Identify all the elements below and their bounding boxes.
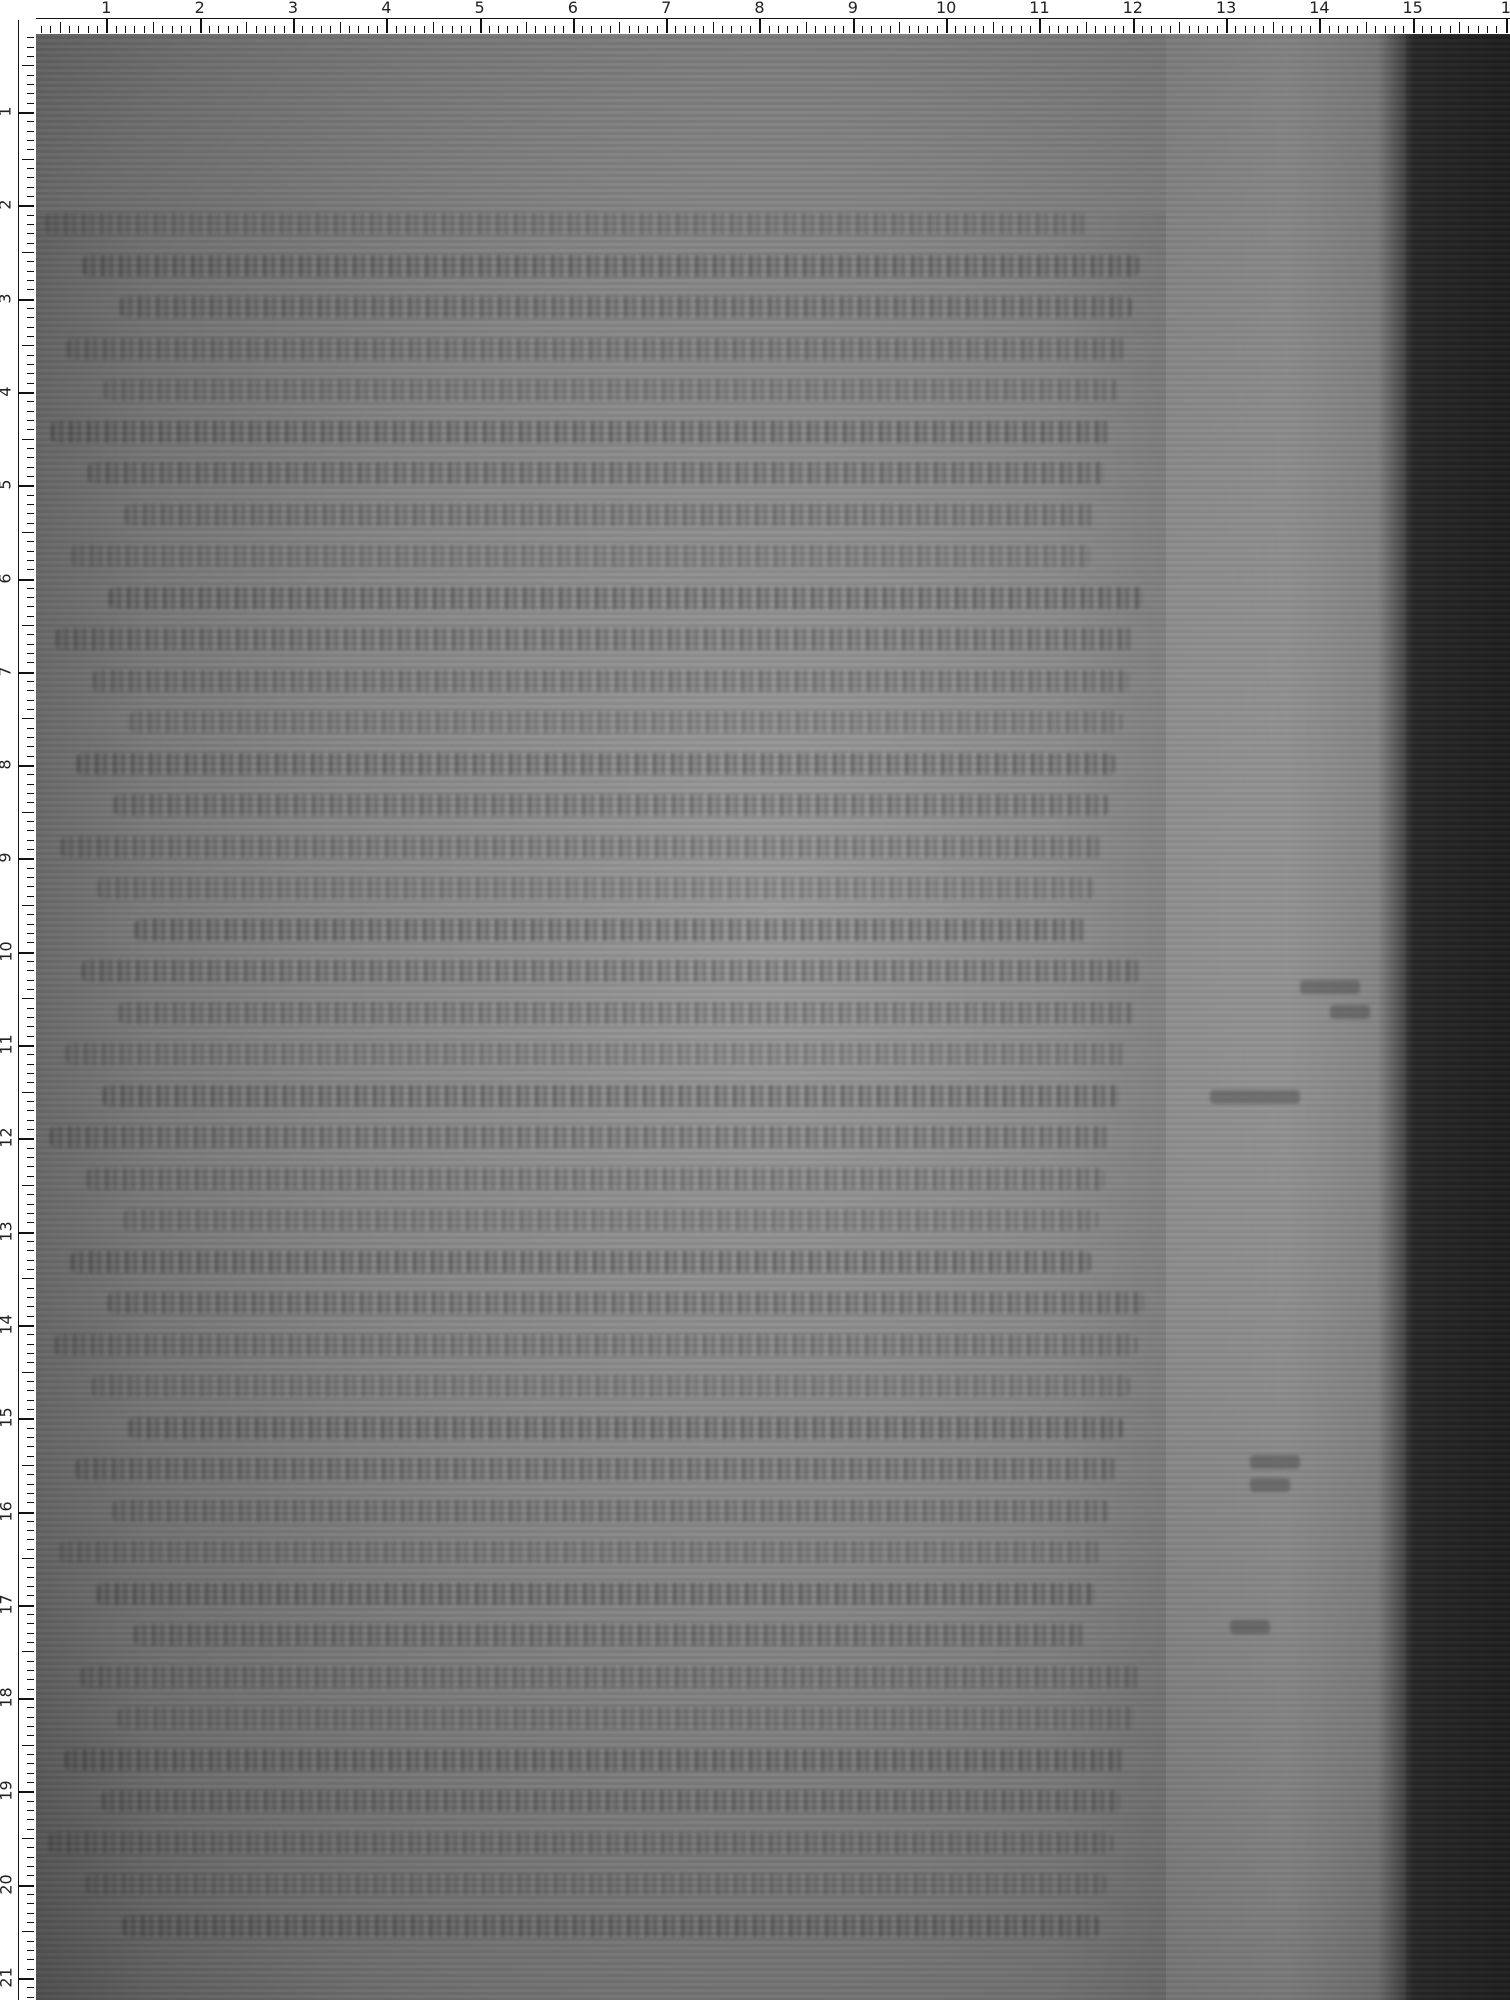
ruler-tick bbox=[18, 1978, 34, 1980]
ruler-tick bbox=[27, 830, 34, 831]
ruler-tick bbox=[22, 625, 34, 626]
ruler-tick bbox=[22, 905, 34, 906]
ruler-tick bbox=[27, 1456, 34, 1457]
manuscript-line bbox=[108, 1292, 1144, 1314]
ruler-tick bbox=[666, 19, 668, 33]
ruler-tick bbox=[27, 1353, 34, 1354]
manuscript-line bbox=[46, 213, 1086, 235]
manuscript-line bbox=[71, 1251, 1091, 1273]
ruler-tick bbox=[27, 1801, 34, 1802]
marginal-note bbox=[1300, 980, 1360, 994]
manuscript-line bbox=[113, 1500, 1109, 1522]
ruler-tick bbox=[1440, 26, 1441, 33]
ruler-tick bbox=[27, 840, 34, 841]
ruler-tick bbox=[452, 26, 453, 33]
ruler-tick bbox=[27, 457, 34, 458]
ruler-tick bbox=[18, 205, 34, 207]
ruler-tick bbox=[27, 168, 34, 169]
ruler-tick bbox=[1431, 26, 1432, 33]
ruler-tick bbox=[1478, 26, 1479, 33]
ruler-tick bbox=[461, 26, 462, 33]
ruler-label: 1 bbox=[0, 106, 15, 116]
manuscript-image bbox=[36, 33, 1510, 2000]
ruler-tick bbox=[27, 1913, 34, 1914]
ruler-tick bbox=[27, 1157, 34, 1158]
ruler-tick bbox=[27, 1064, 34, 1065]
marginal-note bbox=[1250, 1478, 1290, 1492]
ruler-tick bbox=[1245, 26, 1246, 33]
ruler-tick bbox=[703, 26, 704, 33]
ruler-tick bbox=[815, 26, 816, 33]
manuscript-line bbox=[104, 379, 1118, 401]
ruler-tick bbox=[27, 1670, 34, 1671]
ruler-tick bbox=[27, 849, 34, 850]
ruler-label: 2 bbox=[195, 0, 205, 17]
ruler-tick bbox=[18, 1885, 34, 1887]
ruler-tick bbox=[890, 26, 891, 33]
ruler-tick bbox=[27, 1194, 34, 1195]
ruler-tick bbox=[27, 597, 34, 598]
ruler-tick bbox=[582, 26, 583, 33]
manuscript-line bbox=[129, 1417, 1123, 1439]
manuscript-line bbox=[125, 504, 1097, 526]
ruler-tick bbox=[27, 662, 34, 663]
manuscript-line bbox=[65, 1749, 1127, 1771]
ruler-tick bbox=[974, 26, 975, 33]
ruler-tick bbox=[27, 401, 34, 402]
ruler-tick bbox=[1189, 26, 1190, 33]
ruler-tick bbox=[1496, 26, 1497, 33]
ruler-tick bbox=[27, 1810, 34, 1811]
ruler-tick bbox=[284, 26, 285, 33]
ruler-tick bbox=[27, 1763, 34, 1764]
ruler-tick bbox=[27, 560, 34, 561]
ruler-tick bbox=[843, 26, 844, 33]
manuscript-line bbox=[60, 1541, 1102, 1563]
manuscript-line bbox=[103, 1085, 1119, 1107]
ruler-tick bbox=[1301, 26, 1302, 33]
ruler-tick bbox=[302, 26, 303, 33]
ruler-tick bbox=[1077, 26, 1078, 33]
ruler-tick bbox=[1385, 26, 1386, 33]
ruler-tick bbox=[18, 1791, 34, 1793]
ruler-tick bbox=[22, 1185, 34, 1186]
ruler-tick bbox=[27, 1148, 34, 1149]
horizontal-ruler: 01234567891011121314151 bbox=[0, 0, 1510, 34]
ruler-tick bbox=[27, 131, 34, 132]
ruler-tick bbox=[918, 26, 919, 33]
ruler-tick bbox=[1459, 22, 1460, 33]
ruler-tick bbox=[27, 1101, 34, 1102]
ruler-tick bbox=[1179, 22, 1180, 33]
ruler-tick bbox=[1347, 26, 1348, 33]
ruler-tick bbox=[321, 26, 322, 33]
ruler-tick bbox=[563, 26, 564, 33]
ruler-tick bbox=[1506, 19, 1508, 33]
ruler-tick bbox=[433, 22, 434, 33]
ruler-tick bbox=[22, 718, 34, 719]
ruler-label: 13 bbox=[0, 1221, 16, 1241]
ruler-tick bbox=[27, 1502, 34, 1503]
ruler-tick bbox=[190, 26, 191, 33]
ruler-tick bbox=[209, 26, 210, 33]
ruler-tick bbox=[1273, 22, 1274, 33]
ruler-tick bbox=[27, 177, 34, 178]
manuscript-line bbox=[119, 1002, 1133, 1024]
manuscript-line bbox=[55, 1334, 1137, 1356]
ruler-tick bbox=[927, 26, 928, 33]
ruler-tick bbox=[27, 37, 34, 38]
ruler-tick bbox=[1039, 19, 1041, 33]
ruler-tick bbox=[125, 26, 126, 33]
ruler-tick bbox=[116, 26, 117, 33]
ruler-tick bbox=[1198, 26, 1199, 33]
ruler-tick bbox=[27, 513, 34, 514]
ruler-tick bbox=[27, 233, 34, 234]
ruler-tick bbox=[27, 1726, 34, 1727]
ruler-tick bbox=[368, 26, 369, 33]
ruler-tick bbox=[27, 56, 34, 57]
ruler-tick bbox=[18, 672, 34, 674]
ruler-tick bbox=[1468, 26, 1469, 33]
ruler-tick bbox=[18, 112, 34, 114]
ruler-tick bbox=[750, 26, 751, 33]
ruler-tick bbox=[18, 1698, 34, 1700]
ruler-tick bbox=[27, 1866, 34, 1867]
manuscript-line bbox=[93, 670, 1129, 692]
ruler-tick bbox=[1151, 26, 1152, 33]
manuscript-line bbox=[61, 836, 1101, 858]
ruler-tick bbox=[18, 1325, 34, 1327]
manuscript-line bbox=[77, 753, 1115, 775]
ruler-tick bbox=[27, 1176, 34, 1177]
manuscript-line bbox=[114, 794, 1108, 816]
ruler-tick bbox=[27, 942, 34, 943]
ruler-tick bbox=[787, 26, 788, 33]
ruler-tick bbox=[340, 22, 341, 33]
ruler-tick bbox=[27, 383, 34, 384]
ruler-tick bbox=[27, 429, 34, 430]
ruler-tick bbox=[1338, 26, 1339, 33]
ruler-label: 9 bbox=[0, 853, 15, 863]
manuscript-line bbox=[66, 1043, 1126, 1065]
ruler-tick bbox=[27, 1623, 34, 1624]
ruler-tick bbox=[27, 1288, 34, 1289]
ruler-tick bbox=[27, 1847, 34, 1848]
ruler-tick bbox=[349, 26, 350, 33]
ruler-tick bbox=[18, 1045, 34, 1047]
ruler-label: 3 bbox=[0, 293, 15, 303]
ruler-label: 4 bbox=[0, 386, 15, 396]
ruler-tick bbox=[27, 1484, 34, 1485]
ruler-label: 10 bbox=[936, 0, 956, 17]
ruler-tick bbox=[414, 26, 415, 33]
ruler-tick bbox=[526, 22, 527, 33]
ruler-tick bbox=[27, 1539, 34, 1540]
ruler-tick bbox=[377, 26, 378, 33]
ruler-tick bbox=[27, 1036, 34, 1037]
ruler-tick bbox=[27, 1082, 34, 1083]
ruler-tick bbox=[1375, 26, 1376, 33]
ruler-tick bbox=[993, 22, 994, 33]
ruler-tick bbox=[144, 26, 145, 33]
ruler-tick bbox=[27, 187, 34, 188]
ruler-tick bbox=[909, 26, 910, 33]
ruler-tick bbox=[274, 26, 275, 33]
ruler-tick bbox=[27, 1614, 34, 1615]
manuscript-line bbox=[67, 338, 1125, 360]
ruler-tick bbox=[27, 1707, 34, 1708]
ruler-tick bbox=[722, 26, 723, 33]
ruler-tick bbox=[27, 737, 34, 738]
ruler-tick bbox=[27, 588, 34, 589]
ruler-tick bbox=[27, 355, 34, 356]
ruler-tick bbox=[27, 1362, 34, 1363]
ruler-tick bbox=[1394, 26, 1395, 33]
ruler-tick bbox=[27, 1717, 34, 1718]
ruler-tick bbox=[27, 868, 34, 869]
ruler-tick bbox=[27, 1017, 34, 1018]
manuscript-line bbox=[123, 1915, 1099, 1937]
ruler-tick bbox=[1058, 26, 1059, 33]
ruler-tick bbox=[405, 26, 406, 33]
ruler-tick bbox=[358, 26, 359, 33]
ruler-tick bbox=[27, 411, 34, 412]
ruler-tick bbox=[27, 1213, 34, 1214]
ruler-tick bbox=[619, 22, 620, 33]
ruler-tick bbox=[27, 877, 34, 878]
ruler-tick bbox=[27, 364, 34, 365]
ruler-tick bbox=[256, 26, 257, 33]
ruler-label: 8 bbox=[0, 760, 15, 770]
ruler-tick bbox=[610, 26, 611, 33]
ruler-tick bbox=[778, 26, 779, 33]
ruler-tick bbox=[27, 1857, 34, 1858]
ruler-tick bbox=[27, 495, 34, 496]
ruler-tick bbox=[18, 1605, 34, 1607]
ruler-tick bbox=[22, 252, 34, 253]
ruler-tick bbox=[27, 373, 34, 374]
ruler-tick bbox=[27, 1400, 34, 1401]
ruler-tick bbox=[601, 26, 602, 33]
ruler-tick bbox=[741, 26, 742, 33]
ruler-tick bbox=[18, 858, 34, 860]
ruler-tick bbox=[1487, 26, 1488, 33]
ruler-label: 20 bbox=[0, 1874, 16, 1894]
ruler-tick bbox=[27, 261, 34, 262]
ruler-tick bbox=[694, 26, 695, 33]
ruler-tick bbox=[27, 1129, 34, 1130]
ruler-baseline bbox=[18, 20, 19, 2000]
ruler-tick bbox=[27, 728, 34, 729]
ruler-tick bbox=[27, 1381, 34, 1382]
ruler-tick bbox=[1329, 26, 1330, 33]
ruler-label: 12 bbox=[1123, 0, 1143, 17]
ruler-tick bbox=[769, 26, 770, 33]
manuscript-line bbox=[124, 1209, 1098, 1231]
ruler-tick bbox=[27, 970, 34, 971]
ruler-tick bbox=[507, 26, 508, 33]
ruler-tick bbox=[27, 1269, 34, 1270]
ruler-tick bbox=[22, 1745, 34, 1746]
marginal-note bbox=[1210, 1090, 1300, 1104]
ruler-tick bbox=[27, 1903, 34, 1904]
ruler-tick bbox=[1095, 26, 1096, 33]
ruler-tick bbox=[27, 523, 34, 524]
ruler-tick bbox=[1002, 26, 1003, 33]
ruler-label: 13 bbox=[1216, 0, 1236, 17]
ruler-tick bbox=[27, 1222, 34, 1223]
ruler-tick bbox=[27, 271, 34, 272]
manuscript-line bbox=[87, 1168, 1105, 1190]
right-margin bbox=[1166, 33, 1406, 2000]
ruler-tick bbox=[27, 1549, 34, 1550]
manuscript-line bbox=[98, 877, 1094, 899]
manuscript-line bbox=[109, 587, 1143, 609]
ruler-tick bbox=[27, 1782, 34, 1783]
ruler-tick bbox=[27, 1922, 34, 1923]
ruler-tick bbox=[1086, 22, 1087, 33]
ruler-tick bbox=[27, 756, 34, 757]
ruler-tick bbox=[1133, 19, 1135, 33]
ruler-tick bbox=[27, 504, 34, 505]
ruler-tick bbox=[442, 26, 443, 33]
ruler-label: 18 bbox=[0, 1687, 16, 1707]
ruler-tick bbox=[18, 1138, 34, 1140]
ruler-tick bbox=[713, 22, 714, 33]
ruler-tick bbox=[27, 634, 34, 635]
ruler-tick bbox=[27, 681, 34, 682]
ruler-tick bbox=[27, 1633, 34, 1634]
ruler-tick bbox=[27, 47, 34, 48]
ruler-tick bbox=[27, 606, 34, 607]
ruler-tick bbox=[60, 22, 61, 33]
ruler-tick bbox=[22, 65, 34, 66]
ruler-tick bbox=[22, 1931, 34, 1932]
ruler-tick bbox=[965, 26, 966, 33]
ruler-tick bbox=[675, 26, 676, 33]
ruler-tick bbox=[396, 26, 397, 33]
ruler-tick bbox=[22, 532, 34, 533]
ruler-label: 5 bbox=[475, 0, 485, 17]
ruler-tick bbox=[218, 26, 219, 33]
ruler-label: 15 bbox=[0, 1408, 16, 1428]
ruler-tick bbox=[27, 1120, 34, 1121]
ruler-tick bbox=[27, 149, 34, 150]
ruler-tick bbox=[27, 886, 34, 887]
ruler-tick bbox=[27, 1474, 34, 1475]
manuscript-line bbox=[49, 1832, 1113, 1854]
manuscript-line bbox=[56, 628, 1136, 650]
ruler-tick bbox=[27, 121, 34, 122]
ruler-tick bbox=[293, 19, 295, 33]
ruler-tick bbox=[27, 75, 34, 76]
ruler-tick bbox=[312, 26, 313, 33]
ruler-tick bbox=[27, 336, 34, 337]
ruler-tick bbox=[22, 1558, 34, 1559]
ruler-tick bbox=[41, 26, 42, 33]
manuscript-line bbox=[130, 711, 1122, 733]
ruler-tick bbox=[22, 1372, 34, 1373]
ruler-tick bbox=[18, 765, 34, 767]
ruler-tick bbox=[18, 952, 34, 954]
ruler-tick bbox=[1170, 26, 1171, 33]
ruler-tick bbox=[106, 19, 108, 33]
ruler-tick bbox=[480, 19, 482, 33]
ruler-tick bbox=[27, 103, 34, 104]
marginal-note bbox=[1250, 1455, 1300, 1469]
ruler-label: 1 bbox=[101, 0, 111, 17]
ruler-label: 8 bbox=[754, 0, 764, 17]
manuscript-line bbox=[83, 255, 1139, 277]
ruler-tick bbox=[1366, 22, 1367, 33]
marginal-note bbox=[1330, 1005, 1370, 1019]
ruler-label: 17 bbox=[0, 1594, 16, 1614]
ruler-tick bbox=[27, 215, 34, 216]
manuscript-line bbox=[88, 462, 1104, 484]
ruler-tick bbox=[153, 22, 154, 33]
ruler-tick bbox=[1235, 26, 1236, 33]
ruler-label: 14 bbox=[1309, 0, 1329, 17]
ruler-tick bbox=[27, 1586, 34, 1587]
ruler-label: 21 bbox=[0, 1967, 16, 1987]
ruler-tick bbox=[1021, 26, 1022, 33]
manuscript-line bbox=[72, 545, 1090, 567]
ruler-tick bbox=[27, 1008, 34, 1009]
ruler-tick bbox=[27, 1297, 34, 1298]
ruler-tick bbox=[22, 1465, 34, 1466]
ruler-tick bbox=[1226, 19, 1228, 33]
ruler-tick bbox=[825, 26, 826, 33]
ruler-tick bbox=[27, 1110, 34, 1111]
ruler-tick bbox=[22, 1092, 34, 1093]
ruler-tick bbox=[22, 812, 34, 813]
manuscript-line bbox=[97, 1583, 1095, 1605]
ruler-tick bbox=[134, 26, 135, 33]
ruler-tick bbox=[1011, 26, 1012, 33]
ruler-tick bbox=[517, 26, 518, 33]
ruler-tick bbox=[27, 700, 34, 701]
ruler-tick bbox=[1217, 26, 1218, 33]
manuscript-line bbox=[134, 1624, 1088, 1646]
ruler-tick bbox=[22, 998, 34, 999]
ruler-tick bbox=[265, 26, 266, 33]
ruler-tick bbox=[18, 1512, 34, 1514]
ruler-tick bbox=[1450, 26, 1451, 33]
ruler-tick bbox=[27, 793, 34, 794]
ruler-tick bbox=[1142, 26, 1143, 33]
vertical-ruler: 123456789101112131415161718192021 bbox=[0, 0, 36, 2000]
ruler-tick bbox=[162, 26, 163, 33]
ruler-tick bbox=[1207, 26, 1208, 33]
ruler-tick bbox=[853, 19, 855, 33]
ruler-tick bbox=[27, 1829, 34, 1830]
ruler-tick bbox=[1413, 19, 1415, 33]
ruler-tick bbox=[1161, 26, 1162, 33]
ruler-tick bbox=[27, 1166, 34, 1167]
ruler-tick bbox=[498, 26, 499, 33]
ruler-tick bbox=[1049, 26, 1050, 33]
ruler-tick bbox=[27, 1306, 34, 1307]
text-block bbox=[36, 213, 1166, 2000]
manuscript-line bbox=[51, 421, 1111, 443]
ruler-tick bbox=[330, 26, 331, 33]
ruler-tick bbox=[27, 1950, 34, 1951]
ruler-tick bbox=[27, 1773, 34, 1774]
ruler-label: 3 bbox=[288, 0, 298, 17]
ruler-label: 4 bbox=[381, 0, 391, 17]
ruler-tick bbox=[69, 26, 70, 33]
